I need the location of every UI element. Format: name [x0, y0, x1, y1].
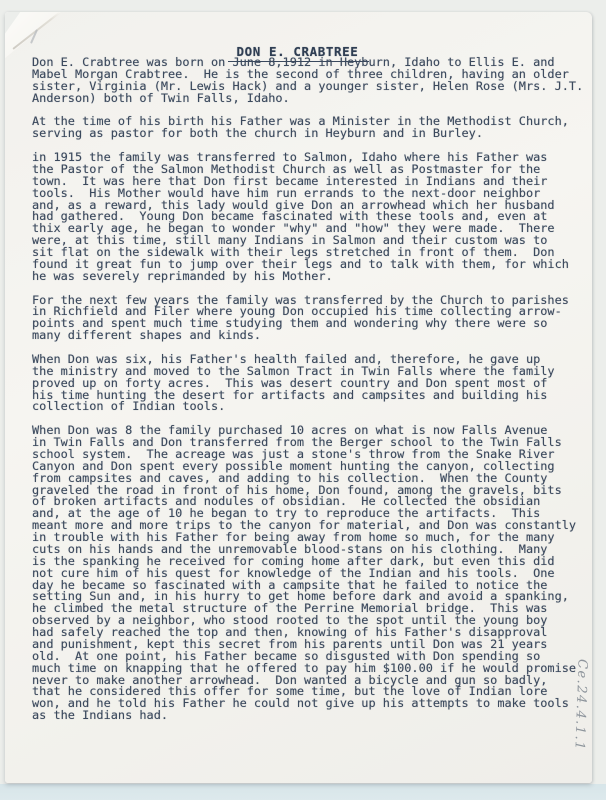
- scanned-page: DON E. CRABTREE Don E. Crabtree was born…: [0, 0, 606, 800]
- document-body: Don E. Crabtree was born on June 8,1912 …: [32, 57, 583, 722]
- scanner-background-strip: [0, 784, 606, 800]
- document-paper: DON E. CRABTREE Don E. Crabtree was born…: [5, 12, 592, 783]
